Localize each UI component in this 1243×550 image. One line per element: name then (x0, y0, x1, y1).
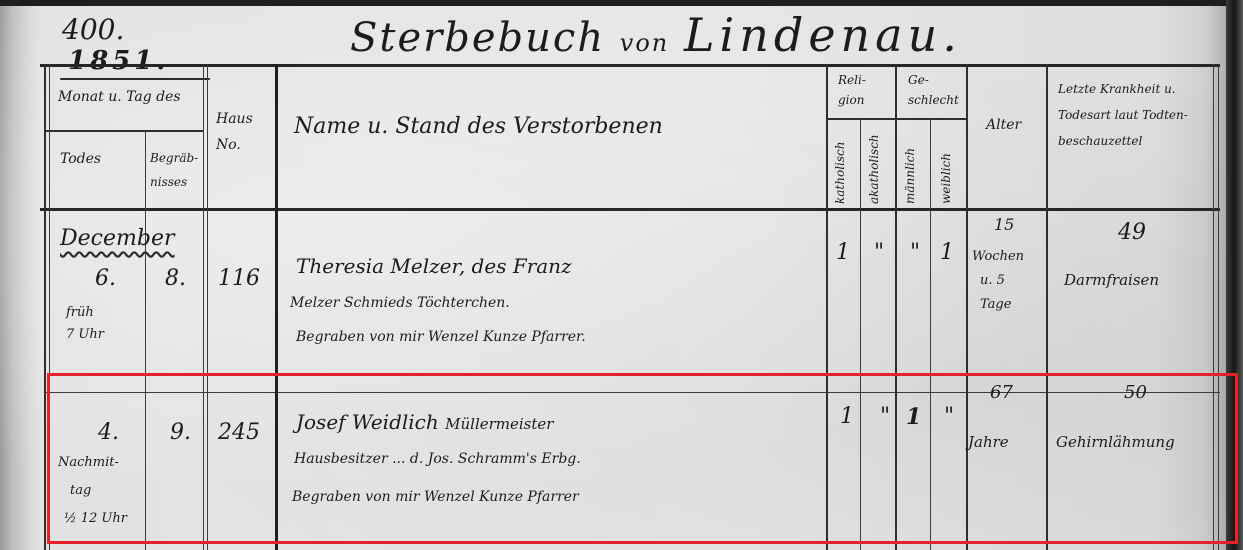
date-header-divider (44, 130, 204, 132)
header-name: Name u. Stand des Verstorbenen (294, 116, 663, 138)
page-title: Sterbebuch von Lindenau. (350, 12, 962, 58)
header-died: Todes (60, 152, 101, 166)
header-cause: Letzte Krankheit u. Todesart laut Todten… (1058, 76, 1208, 154)
entry-1-cause-number: 49 (1118, 222, 1146, 244)
header-bottom-rule (40, 208, 1220, 211)
entry-1-name-line: Theresia Melzer, des Franz (296, 256, 572, 276)
page-number: 400. (62, 16, 124, 44)
header-sex-female: weiblich (940, 130, 952, 204)
entry-1-day: 6. (95, 268, 116, 290)
entry-1-line-2: Melzer Schmieds Töchterchen. (290, 296, 510, 310)
entry-1-line-3: Begraben von mir Wenzel Kunze Pfarrer. (296, 330, 586, 344)
header-sex-male: männlich (904, 130, 916, 204)
title-word-3: Lindenau. (684, 8, 962, 62)
header-buried: Begräb-nisses (150, 146, 200, 194)
header-religion-catholic: katholisch (834, 130, 846, 204)
entry-1-sex-female: 1 (940, 242, 954, 264)
header-date-group: Monat u. Tag des (58, 86, 198, 108)
entry-1-sex-male: " (910, 242, 920, 264)
title-word-2: von (620, 29, 669, 57)
header-religion-other: akatholisch (868, 130, 880, 204)
entry-1-month: December (60, 228, 174, 250)
entry-1-house-no: 116 (218, 268, 260, 290)
entry-1-burial-day: 8. (165, 268, 186, 290)
entry-1-name: Theresia Melzer (296, 254, 459, 278)
entry-1-time-a: früh (66, 306, 94, 321)
year-underline (60, 78, 210, 80)
title-word-1: Sterbebuch (350, 15, 605, 61)
entry-1-age-number: 15 (994, 216, 1014, 234)
entry-1-age-extra: u. 5 (980, 274, 1005, 289)
header-sex: Ge-schlecht (908, 70, 958, 110)
entry-1-age-extra-unit: Tage (980, 298, 1011, 313)
table-top-rule (40, 64, 1220, 67)
col-rule-left-outer (44, 64, 46, 550)
year: 1851. (68, 48, 169, 74)
header-house-no: Haus No. (216, 106, 266, 158)
entry-1-name-rest: , des Franz (459, 254, 572, 278)
entry-1-time-b: 7 Uhr (66, 328, 104, 343)
entry-1-cause: Darmfraisen (1064, 272, 1159, 289)
entry-1-age-unit: Wochen (972, 250, 1024, 265)
header-religion: Reli-gion (838, 70, 878, 110)
entry-2-highlight-box (47, 373, 1238, 544)
entry-1-religion-other: " (874, 242, 884, 264)
entry-1-religion-catholic: 1 (836, 242, 850, 264)
header-age: Alter (986, 118, 1021, 132)
